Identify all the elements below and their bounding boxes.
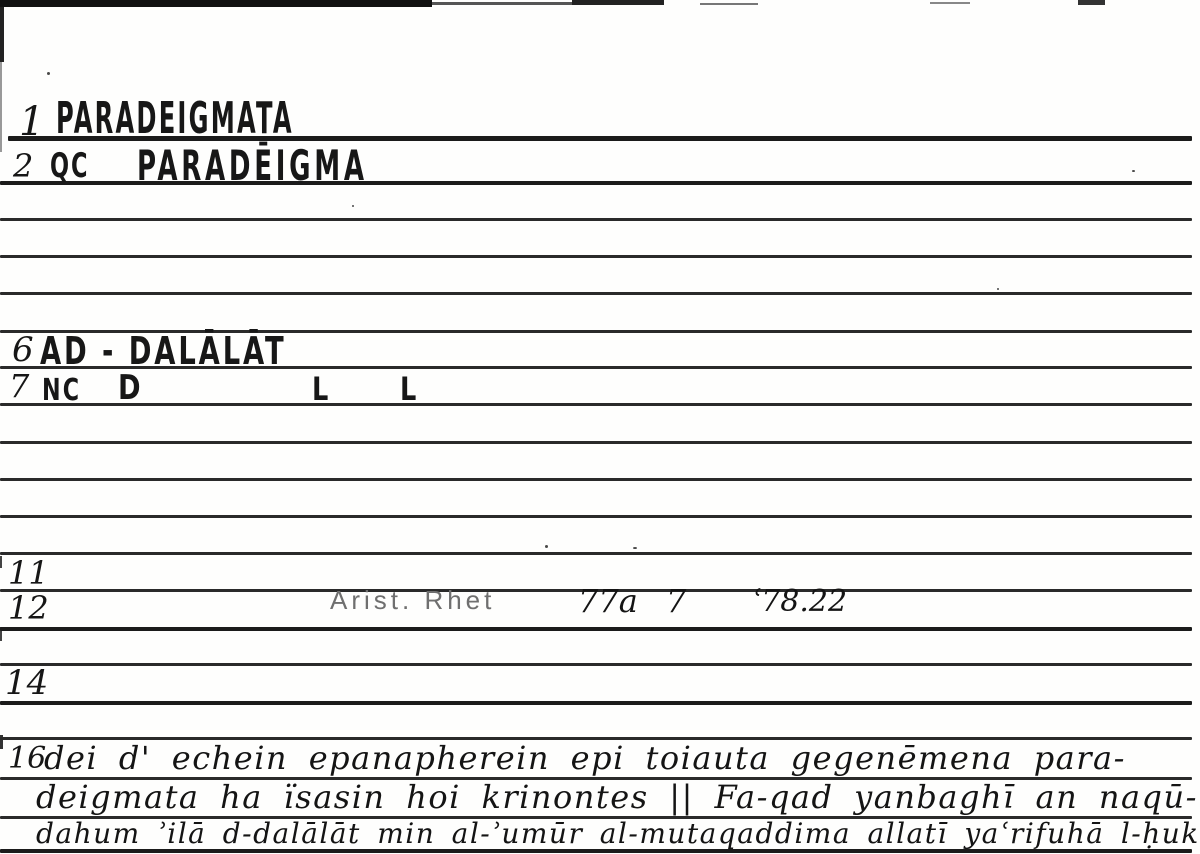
row-number-14: 14 xyxy=(5,666,48,700)
quotation-line-2: deigmata ha ïsasin hoi krinontes || Fa-q… xyxy=(36,781,1198,813)
cell-l2: L xyxy=(400,373,416,405)
row-number-16: 16 xyxy=(8,744,46,774)
index-card: 1 PARADEIGMATA 2 QC PARADĒIGMA 6 AD - DA… xyxy=(0,0,1200,854)
scan-speck xyxy=(997,288,999,290)
scan-edge-artifact xyxy=(930,2,970,4)
ruled-line xyxy=(0,515,1192,518)
scan-edge-artifact xyxy=(432,2,572,5)
scan-speck xyxy=(1132,170,1135,172)
scan-edge-artifact xyxy=(572,0,664,5)
scan-edge-artifact xyxy=(0,7,4,62)
scan-edge-artifact xyxy=(1078,0,1105,5)
quotation-line-3: dahum ʾilā d-dalālāt min al-ʾumūr al-mut… xyxy=(36,820,1200,848)
scan-edge-artifact xyxy=(0,0,432,7)
row-number-6: 6 xyxy=(12,333,34,367)
page-reference: ʿ78.22 xyxy=(752,587,847,617)
cell-l1: L xyxy=(312,373,328,405)
scan-edge-artifact xyxy=(0,62,2,152)
ruled-line xyxy=(0,552,1192,555)
ruled-line xyxy=(0,292,1192,295)
scan-speck xyxy=(545,545,548,548)
scan-speck xyxy=(47,72,50,75)
scan-edge-artifact xyxy=(0,556,2,568)
ruled-line xyxy=(0,403,1192,406)
headword-arabic: AD - DALĀLĀT xyxy=(40,332,286,370)
ruled-line xyxy=(0,255,1192,258)
ruled-line xyxy=(0,441,1192,444)
ruled-line xyxy=(0,663,1192,666)
code-qc: QC xyxy=(50,149,90,183)
locus-bekker: 77a xyxy=(578,585,638,617)
lemma-greek-singular: PARADĒIGMA xyxy=(137,145,368,187)
row-number-1: 1 xyxy=(19,102,44,142)
code-nc: NC xyxy=(42,376,81,406)
ruled-line xyxy=(0,627,1192,631)
quotation-line-1: dei d' echein epanapherein epi toiauta g… xyxy=(44,742,1126,774)
locus-line: 7 xyxy=(666,585,686,617)
ruled-line xyxy=(0,218,1192,221)
scan-speck xyxy=(633,547,637,549)
scan-speck xyxy=(352,205,354,207)
row-number-12: 12 xyxy=(8,592,49,624)
cell-d: D xyxy=(118,371,141,405)
scan-edge-artifact xyxy=(700,3,758,5)
row-number-7: 7 xyxy=(9,370,29,402)
row-number-11: 11 xyxy=(8,557,49,589)
row-number-2: 2 xyxy=(13,150,33,182)
source-reference: Arist. Rhet xyxy=(330,587,495,613)
headword-greek: PARADEIGMATA xyxy=(56,97,294,141)
ruled-line xyxy=(0,701,1192,705)
ruled-line xyxy=(0,478,1192,481)
